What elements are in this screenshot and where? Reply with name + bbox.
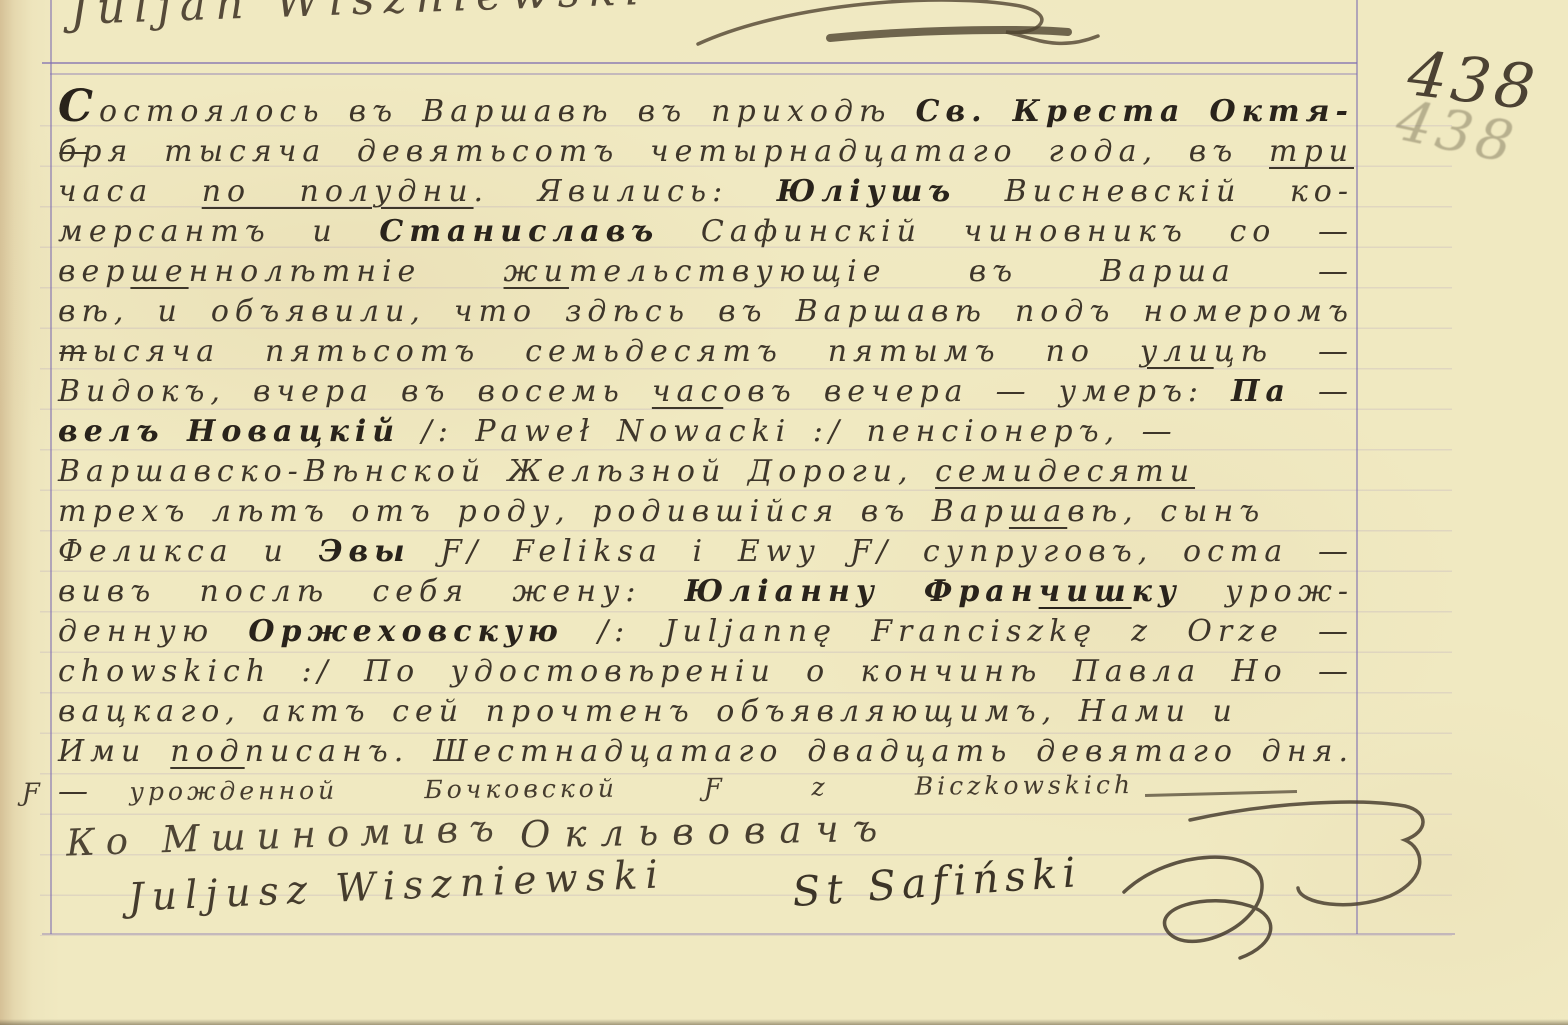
record-line: часа по полудни. Явились: Юліушъ Висневс… bbox=[58, 172, 1354, 212]
record-text-segment: Октя- bbox=[1209, 94, 1354, 129]
signature-row1-right: Окльвовачъ bbox=[520, 807, 892, 856]
record-text-segment: — bbox=[1284, 614, 1354, 649]
record-line: Феликса и Эвы Ƒ/ Feliksa i Ewy Ƒ/ супруг… bbox=[58, 532, 1354, 572]
record-line: Варшавско-Вѣнской Желѣзной Дороги, семид… bbox=[58, 452, 1354, 492]
record-line: мерсантъ и Станиславъ Сафинскій чиновник… bbox=[58, 212, 1354, 252]
record-text-segment: С bbox=[58, 81, 99, 132]
record-text-segment: Варшавско-Вѣнской Желѣзной Дороги, bbox=[58, 454, 935, 489]
record-text-segment: ули bbox=[1140, 334, 1214, 369]
record-separator-rule-top bbox=[42, 62, 1357, 64]
signature-bracket-flourish bbox=[1180, 792, 1440, 912]
record-line: бря тысяча девятьсотъ четырнадцатаго год… bbox=[58, 132, 1354, 172]
record-text-segment: Ƒ/ Feliksa i Ewy Ƒ/ супруговъ, оста bbox=[411, 534, 1289, 569]
record-text-segment: под bbox=[170, 734, 244, 769]
record-text-segment: три bbox=[1269, 134, 1354, 169]
record-text-segment: ша bbox=[1009, 494, 1067, 529]
record-text-segment: Феликса и bbox=[58, 534, 319, 569]
signature-row2-left: Juljusz Wiszniewski bbox=[127, 852, 666, 920]
record-line: вацкаго, актъ сей прочтенъ объявляющимъ,… bbox=[58, 692, 1354, 732]
record-text-segment: Па bbox=[1231, 374, 1291, 409]
record-text-segment bbox=[1185, 94, 1209, 129]
record-text-segment: писанъ. Шестнадцатаго двадцать девятаго … bbox=[245, 734, 1354, 769]
record-text-segment: тысяча пятьсотъ семьдесятъ пятымъ по bbox=[58, 334, 1140, 369]
record-text-segment: по полудни bbox=[202, 174, 474, 209]
record-text-segment: урож- bbox=[1182, 574, 1354, 609]
bottom-rule bbox=[42, 933, 1455, 935]
record-text-segment: бря тысяча девятьсотъ четырнадцатаго год… bbox=[58, 134, 1269, 169]
record-text-segment: цѣ bbox=[1214, 334, 1273, 369]
record-text-segment: семидесяти bbox=[935, 454, 1195, 489]
record-text-segment: — bbox=[1291, 374, 1354, 409]
signature-loop-flourish bbox=[1110, 840, 1310, 970]
record-text-segment: час bbox=[652, 374, 723, 409]
record-text-segment: — bbox=[1288, 654, 1354, 689]
signature-row2-right: St Safiński bbox=[791, 848, 1083, 916]
record-text-segment: мерсантъ и bbox=[58, 214, 379, 249]
record-text-segment: овъ вечера — умеръ: bbox=[723, 374, 1231, 409]
record-text-segment: ше bbox=[130, 254, 188, 289]
record-text-segment: ку bbox=[1132, 574, 1182, 609]
record-text-segment: трехъ лѣтъ отъ роду, родившійся въ Вар bbox=[58, 494, 1009, 529]
record-line: вѣ, и объявили, что здѣсь въ Варшавѣ под… bbox=[58, 292, 1354, 332]
record-text-segment: — bbox=[1288, 534, 1354, 569]
record-line: chowskich :/ По удостовѣреніи о кончинѣ … bbox=[58, 652, 1354, 692]
right-margin-rule bbox=[1356, 0, 1358, 934]
record-line: Состоялось въ Варшавѣ въ приходѣ Св. Кре… bbox=[58, 92, 1354, 132]
record-text-segment: вѣ, и объявили, что здѣсь въ Варшавѣ под… bbox=[58, 294, 1354, 329]
record-text-segment: /: Paweł Nowacki :/ пенсіонеръ, bbox=[400, 414, 1120, 449]
record-text-segment: Висневскій ко- bbox=[956, 174, 1354, 209]
record-text-segment: Станиславъ bbox=[379, 214, 659, 249]
previous-record-signature-flourish bbox=[690, 0, 1110, 62]
record-text-segment: Эвы bbox=[319, 534, 411, 569]
record-text-segment: . Явились: bbox=[474, 174, 777, 209]
record-text-segment: Юліушъ bbox=[777, 174, 956, 209]
record-text-segment: Оржеховскую bbox=[248, 614, 564, 649]
record-text-segment: чиш bbox=[1039, 574, 1132, 609]
record-text-segment: Св. Креста bbox=[916, 94, 1186, 129]
record-line: трехъ лѣтъ отъ роду, родившійся въ Варша… bbox=[58, 492, 1354, 532]
record-text-segment: — bbox=[1276, 214, 1354, 249]
record-line: Видокъ, вчера въ восемь часовъ вечера — … bbox=[58, 372, 1354, 412]
record-text-segment: Сафинскій чиновникъ со bbox=[659, 214, 1276, 249]
scanned-register-page: Juljan Wiszniewski 438 438 Состоялось въ… bbox=[0, 0, 1568, 1025]
record-text-segment: вацкаго, актъ сей прочтенъ объявляющимъ,… bbox=[58, 694, 1238, 729]
record-text-segment: жи bbox=[504, 254, 569, 289]
record-text-segment: велъ Новацкій bbox=[58, 414, 400, 449]
record-line: вершеннолѣтніе жительствующіе въ Варша — bbox=[58, 252, 1354, 292]
record-text-segment: — bbox=[1120, 414, 1178, 449]
record-text-segment: вѣ, сынъ bbox=[1067, 494, 1265, 529]
record-line: вивъ послѣ себя жену: Юліанну Франчишку … bbox=[58, 572, 1354, 612]
record-text-segment: — bbox=[1236, 254, 1354, 289]
record-line: тысяча пятьсотъ семьдесятъ пятымъ по ули… bbox=[58, 332, 1354, 372]
record-text-segment: денную bbox=[58, 614, 248, 649]
record-text-segment: вивъ послѣ себя жену: bbox=[58, 574, 685, 609]
record-separator-rule-bottom bbox=[50, 73, 1357, 75]
previous-record-signature: Juljan Wiszniewski bbox=[69, 0, 648, 35]
correction-strike bbox=[1145, 790, 1297, 796]
record-text-segment: тельствующіе въ Варша bbox=[569, 254, 1236, 289]
record-text-segment: остоялось въ Варшавѣ въ приходѣ bbox=[99, 94, 916, 129]
scan-bottom-edge-shadow bbox=[0, 1019, 1568, 1025]
record-text-segment: /: Juljannę Franciszkę z Orze bbox=[564, 614, 1284, 649]
record-text-segment: — bbox=[1273, 334, 1354, 369]
record-text-segment: вер bbox=[58, 254, 130, 289]
record-text-segment: ннолѣтніе bbox=[189, 254, 504, 289]
marginal-correction: Ƒ урожденной Бочковской Ƒ z Biczkowskich bbox=[22, 770, 1134, 807]
record-line: Ими подписанъ. Шестнадцатаго двадцать де… bbox=[58, 732, 1354, 772]
record-line: велъ Новацкій /: Paweł Nowacki :/ пенсіо… bbox=[58, 412, 1354, 452]
record-text-segment: Юліанну Фран bbox=[685, 574, 1039, 609]
record-line: денную Оржеховскую /: Juljannę Franciszk… bbox=[58, 612, 1354, 652]
record-text-segment: chowskich :/ По удостовѣреніи о кончинѣ … bbox=[58, 654, 1288, 689]
record-text-segment: Ими bbox=[58, 734, 170, 769]
record-text: Состоялось въ Варшавѣ въ приходѣ Св. Кре… bbox=[58, 92, 1354, 772]
record-text-segment: часа bbox=[58, 174, 202, 209]
signature-row1-left: Ко Мшиномивъ bbox=[65, 806, 505, 864]
record-text-segment: Видокъ, вчера въ восемь bbox=[58, 374, 652, 409]
